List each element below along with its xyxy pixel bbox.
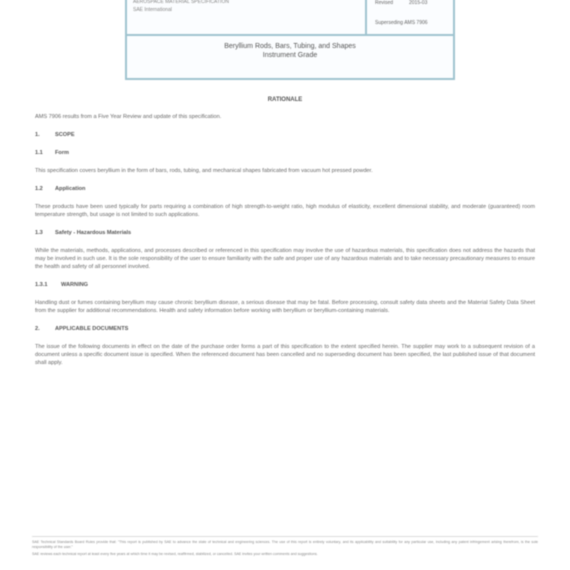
section-title: WARNING <box>61 281 88 289</box>
section-paragraph: These products have been used typically … <box>35 203 535 219</box>
section-paragraph: Handling dust or fumes containing beryll… <box>35 299 535 315</box>
document-body: RATIONALE AMS 7906 results from a Five Y… <box>35 96 535 377</box>
section-title: Safety - Hazardous Materials <box>55 229 131 237</box>
footer-notice-2: SAE reviews each technical report at lea… <box>32 552 538 557</box>
title-line-1: Beryllium Rods, Bars, Tubing, and Shapes <box>127 42 453 51</box>
revised-label: Revised <box>375 0 409 6</box>
section-paragraph: This specification covers beryllium in t… <box>35 167 535 175</box>
rationale-text: AMS 7906 results from a Five Year Review… <box>35 113 535 121</box>
rationale-heading: RATIONALE <box>35 96 535 104</box>
footer-notice-1: SAE Technical Standards Board Rules prov… <box>32 540 538 550</box>
superseding-row: Superseding AMS 7906 <box>369 18 434 28</box>
section-number: 1. <box>35 131 55 139</box>
section-heading: 1.3.1WARNING <box>35 281 535 289</box>
section-title: SCOPE <box>55 131 75 139</box>
revised-date: 2015-03 <box>409 0 427 6</box>
revised-row: Revised 2015-03 <box>369 0 453 8</box>
superseding-text: Superseding AMS 7906 <box>375 20 428 26</box>
section-title: Form <box>55 149 69 157</box>
title-line-2: Instrument Grade <box>127 51 453 60</box>
document-title: Beryllium Rods, Bars, Tubing, and Shapes… <box>127 42 453 60</box>
section-heading: 1.1Form <box>35 149 535 157</box>
section-title: APPLICABLE DOCUMENTS <box>55 325 128 333</box>
document-header-box: AEROSPACE MATERIAL SPECIFICATION SAE Int… <box>125 0 455 80</box>
header-top-row: AEROSPACE MATERIAL SPECIFICATION SAE Int… <box>127 0 453 36</box>
section-heading: 1.SCOPE <box>35 131 535 139</box>
section-number: 1.3.1 <box>35 281 61 289</box>
section-number: 2. <box>35 325 55 333</box>
document-page: AEROSPACE MATERIAL SPECIFICATION SAE Int… <box>0 0 570 570</box>
section-heading: 1.2Application <box>35 185 535 193</box>
section-heading: 2.APPLICABLE DOCUMENTS <box>35 325 535 333</box>
header-left-cell: AEROSPACE MATERIAL SPECIFICATION SAE Int… <box>127 0 367 34</box>
section-heading: 1.3Safety - Hazardous Materials <box>35 229 535 237</box>
section-number: 1.3 <box>35 229 55 237</box>
section-number: 1.2 <box>35 185 55 193</box>
sections-container: 1.SCOPE1.1FormThis specification covers … <box>35 131 535 367</box>
section-paragraph: The issue of the following documents in … <box>35 343 535 367</box>
header-org-line: SAE International <box>127 6 365 14</box>
section-paragraph: While the materials, methods, applicatio… <box>35 247 535 271</box>
section-title: Application <box>55 185 85 193</box>
page-footer: SAE Technical Standards Board Rules prov… <box>32 536 538 559</box>
header-right-cell: Revised 2015-03 Superseding AMS 7906 <box>369 0 453 34</box>
section-number: 1.1 <box>35 149 55 157</box>
